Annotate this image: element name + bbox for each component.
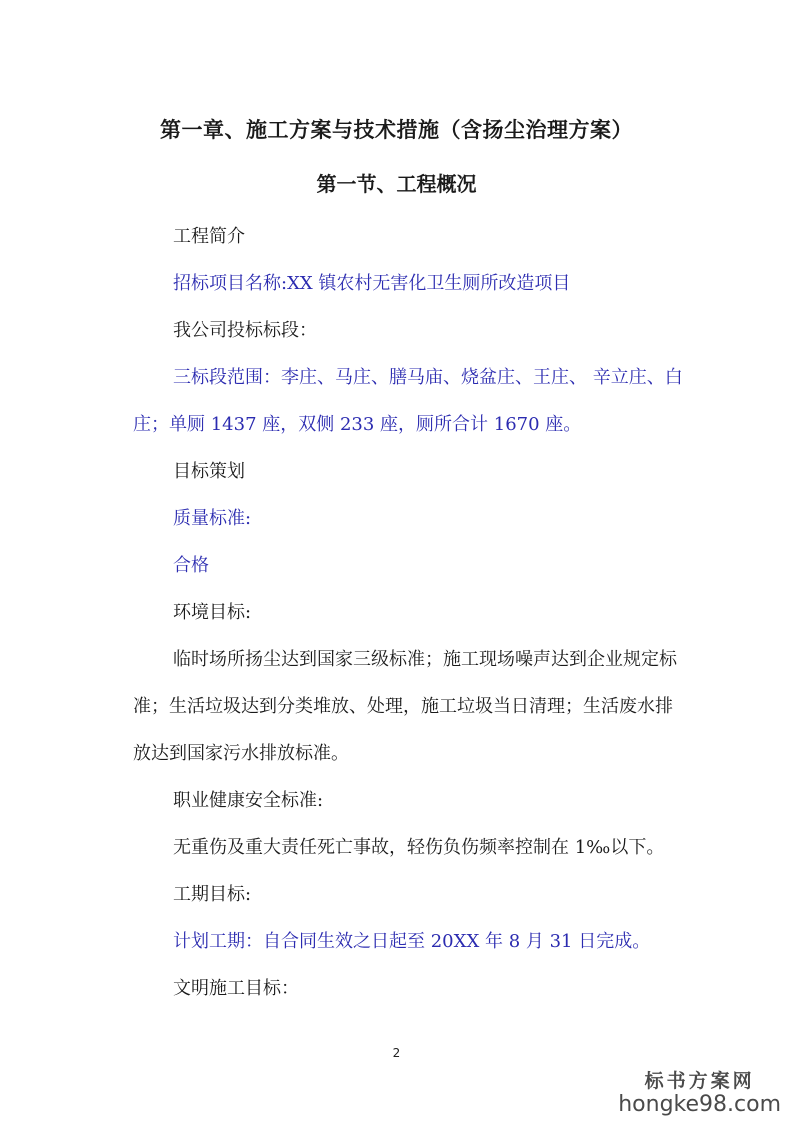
paragraph-schedule-value: 计划工期：自合同生效之日起至 20XX 年 8 月 31 日完成。 — [173, 918, 650, 965]
paragraph-quality-value: 合格 — [173, 542, 209, 589]
page-number: 2 — [0, 1046, 793, 1060]
watermark-url: hongke98.com — [618, 1093, 781, 1117]
paragraph-section-scope-line2: 庄；单厕 1437 座，双侧 233 座，厕所合计 1670 座。 — [133, 401, 581, 448]
paragraph-project-name: 招标项目名称:XX 镇农村无害化卫生厕所改造项目 — [173, 260, 570, 307]
section-title: 第一节、工程概况 — [0, 168, 793, 197]
paragraph-quality-standard: 质量标准: — [173, 495, 251, 542]
paragraph-environment-line3: 放达到国家污水排放标准。 — [133, 730, 349, 777]
paragraph-ohs-value: 无重伤及重大责任死亡事故，轻伤负伤频率控制在 1‰以下。 — [173, 824, 664, 871]
paragraph-target-planning: 目标策划 — [173, 448, 245, 495]
paragraph-environment-line2: 准；生活垃圾达到分类堆放、处理，施工垃圾当日清理；生活废水排 — [133, 683, 673, 730]
paragraph-project-intro: 工程简介 — [173, 213, 245, 260]
paragraph-ohs-standard: 职业健康安全标准: — [173, 777, 323, 824]
watermark: 标书方案网 hongke98.com — [618, 1066, 781, 1117]
paragraph-schedule-target: 工期目标: — [173, 871, 251, 918]
paragraph-environment-line1: 临时场所扬尘达到国家三级标准；施工现场噪声达到企业规定标 — [173, 636, 677, 683]
paragraph-civilized-construction: 文明施工目标： — [173, 965, 299, 1012]
watermark-title: 标书方案网 — [618, 1066, 781, 1093]
paragraph-section-scope-line1: 三标段范围：李庄、马庄、膳马庙、烧盆庄、王庄、 辛立庄、白 — [173, 354, 683, 401]
chapter-title: 第一章、施工方案与技术措施（含扬尘治理方案） — [0, 114, 793, 144]
paragraph-environment-target: 环境目标: — [173, 589, 251, 636]
paragraph-bid-section: 我公司投标标段： — [173, 307, 317, 354]
